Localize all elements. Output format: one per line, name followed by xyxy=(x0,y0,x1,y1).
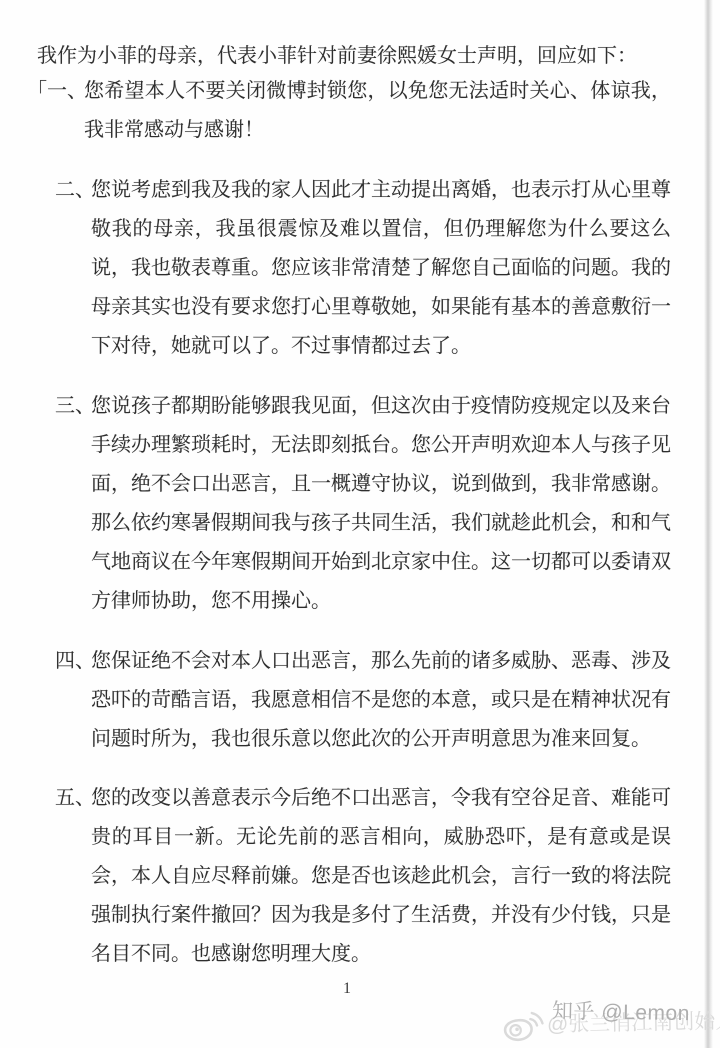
item-2-marker: 二、 xyxy=(55,171,95,210)
item-4-text: 您保证绝不会对本人口出恶言，那么先前的诸多威胁、恶毒、涉及恐吓的苛酷言语，我愿意… xyxy=(91,650,671,750)
item-1-marker: 「一、 xyxy=(27,72,87,111)
item-3-marker: 三、 xyxy=(55,387,95,426)
item-3-text: 您说孩子都期盼能够跟我见面，但这次由于疫情防疫规定以及来台手续办理繁琐耗时，无法… xyxy=(91,395,671,612)
item-4-marker: 四、 xyxy=(55,642,95,681)
item-2-text: 您说考虑到我及我的家人因此才主动提出离婚，也表示打从心里尊敬我的母亲，我虽很震惊… xyxy=(91,179,671,357)
statement-item-2: 二、 您说考虑到我及我的家人因此才主动提出离婚，也表示打从心里尊敬我的母亲，我虽… xyxy=(0,171,720,366)
weibo-icon xyxy=(502,1009,545,1042)
item-1-text: 您希望本人不要关闭微博封锁您，以免您无法适时关心、体谅我，我非常感动与感谢！ xyxy=(84,80,671,141)
intro-paragraph: 我作为小菲的母亲，代表小菲针对前妻徐熙媛女士声明，回应如下： xyxy=(37,37,680,76)
statement-item-4: 四、 您保证绝不会对本人口出恶言，那么先前的诸多威胁、恶毒、涉及恐吓的苛酷言语，… xyxy=(0,642,720,759)
item-5-marker: 五、 xyxy=(55,779,95,818)
page-edge-shadow xyxy=(704,0,713,1048)
statement-item-1: 「一、 您希望本人不要关闭微博封锁您，以免您无法适时关心、体谅我，我非常感动与感… xyxy=(0,72,720,150)
zhihu-watermark: 知乎 @Lemon xyxy=(552,999,690,1027)
page-number: 1 xyxy=(0,980,694,998)
statement-item-5: 五、 您的改变以善意表示今后绝不口出恶言，令我有空谷足音、难能可贵的耳目一新。无… xyxy=(0,779,720,974)
item-5-text: 您的改变以善意表示今后绝不口出恶言，令我有空谷足音、难能可贵的耳目一新。无论先前… xyxy=(91,787,671,965)
document-page: 我作为小菲的母亲，代表小菲针对前妻徐熙媛女士声明，回应如下： 「一、 您希望本人… xyxy=(0,0,720,1048)
statement-item-3: 三、 您说孩子都期盼能够跟我见面，但这次由于疫情防疫规定以及来台手续办理繁琐耗时… xyxy=(0,387,720,621)
